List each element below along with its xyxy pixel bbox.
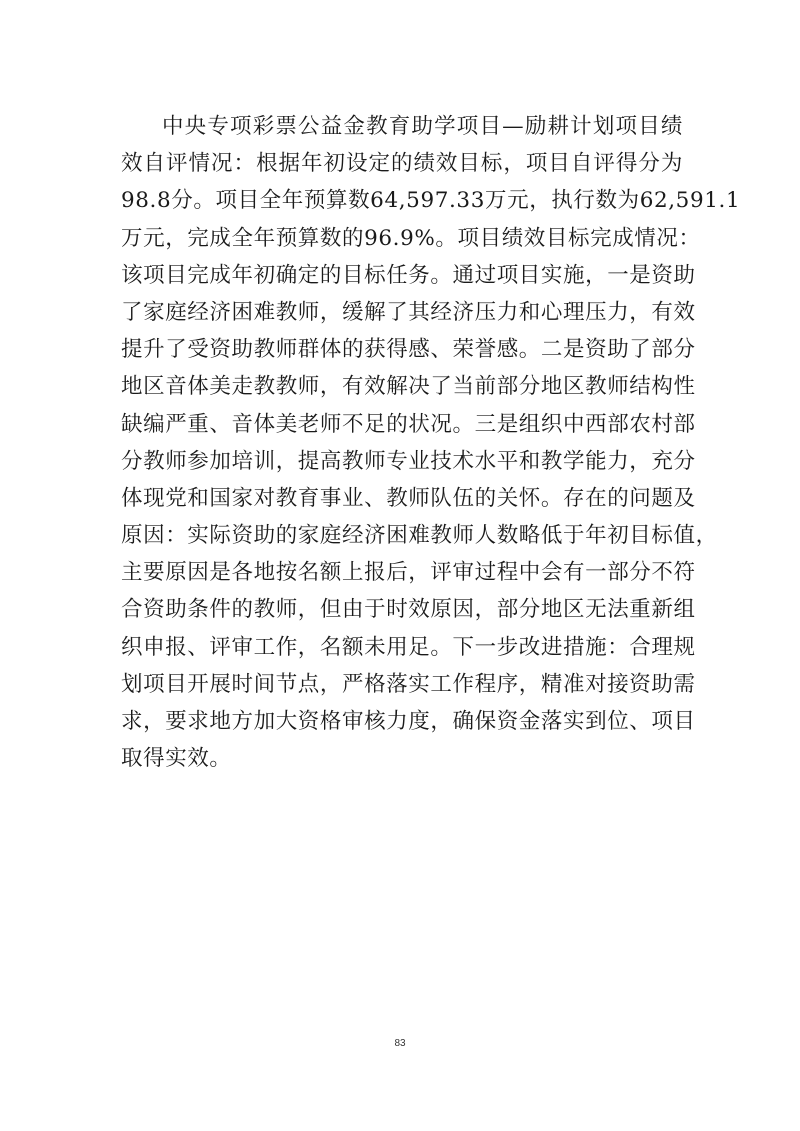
paragraph-line: 缺编严重、音体美老师不足的状况。三是组织中西部农村部 [121,406,683,443]
paragraph-line: 求，要求地方加大资格审核力度，确保资金落实到位、项目 [121,703,683,740]
paragraph-line: 划项目开展时间节点，严格落实工作程序，精准对接资助需 [121,666,683,703]
document-page: 中央专项彩票公益金教育助学项目—励耕计划项目绩 效自评情况：根据年初设定的绩效目… [0,0,800,1131]
paragraph-line: 提升了受资助教师群体的获得感、荣誉感。二是资助了部分 [121,331,683,368]
page-number: 83 [0,1038,800,1049]
paragraph-line: 合资助条件的教师，但由于时效原因，部分地区无法重新组 [121,591,683,628]
body-paragraph: 中央专项彩票公益金教育助学项目—励耕计划项目绩 效自评情况：根据年初设定的绩效目… [121,108,683,777]
paragraph-line: 分教师参加培训，提高教师专业技术水平和教学能力，充分 [121,443,683,480]
paragraph-line: 该项目完成年初确定的目标任务。通过项目实施，一是资助 [121,257,683,294]
paragraph-line: 效自评情况：根据年初设定的绩效目标，项目自评得分为 [121,145,683,182]
paragraph-line: 原因：实际资助的家庭经济困难教师人数略低于年初目标值， [121,517,683,554]
paragraph-line: 地区音体美走教教师，有效解决了当前部分地区教师结构性 [121,368,683,405]
paragraph-line: 了家庭经济困难教师，缓解了其经济压力和心理压力，有效 [121,294,683,331]
paragraph-line: 98.8分。项目全年预算数64,597.33万元，执行数为62,591.1 [121,182,683,219]
paragraph-line: 主要原因是各地按名额上报后，评审过程中会有一部分不符 [121,554,683,591]
paragraph-line: 万元，完成全年预算数的96.9%。项目绩效目标完成情况： [121,220,683,257]
paragraph-line: 体现党和国家对教育事业、教师队伍的关怀。存在的问题及 [121,480,683,517]
paragraph-line: 取得实效。 [121,740,683,777]
paragraph-line: 中央专项彩票公益金教育助学项目—励耕计划项目绩 [121,108,683,145]
paragraph-line: 织申报、评审工作，名额未用足。下一步改进措施：合理规 [121,629,683,666]
